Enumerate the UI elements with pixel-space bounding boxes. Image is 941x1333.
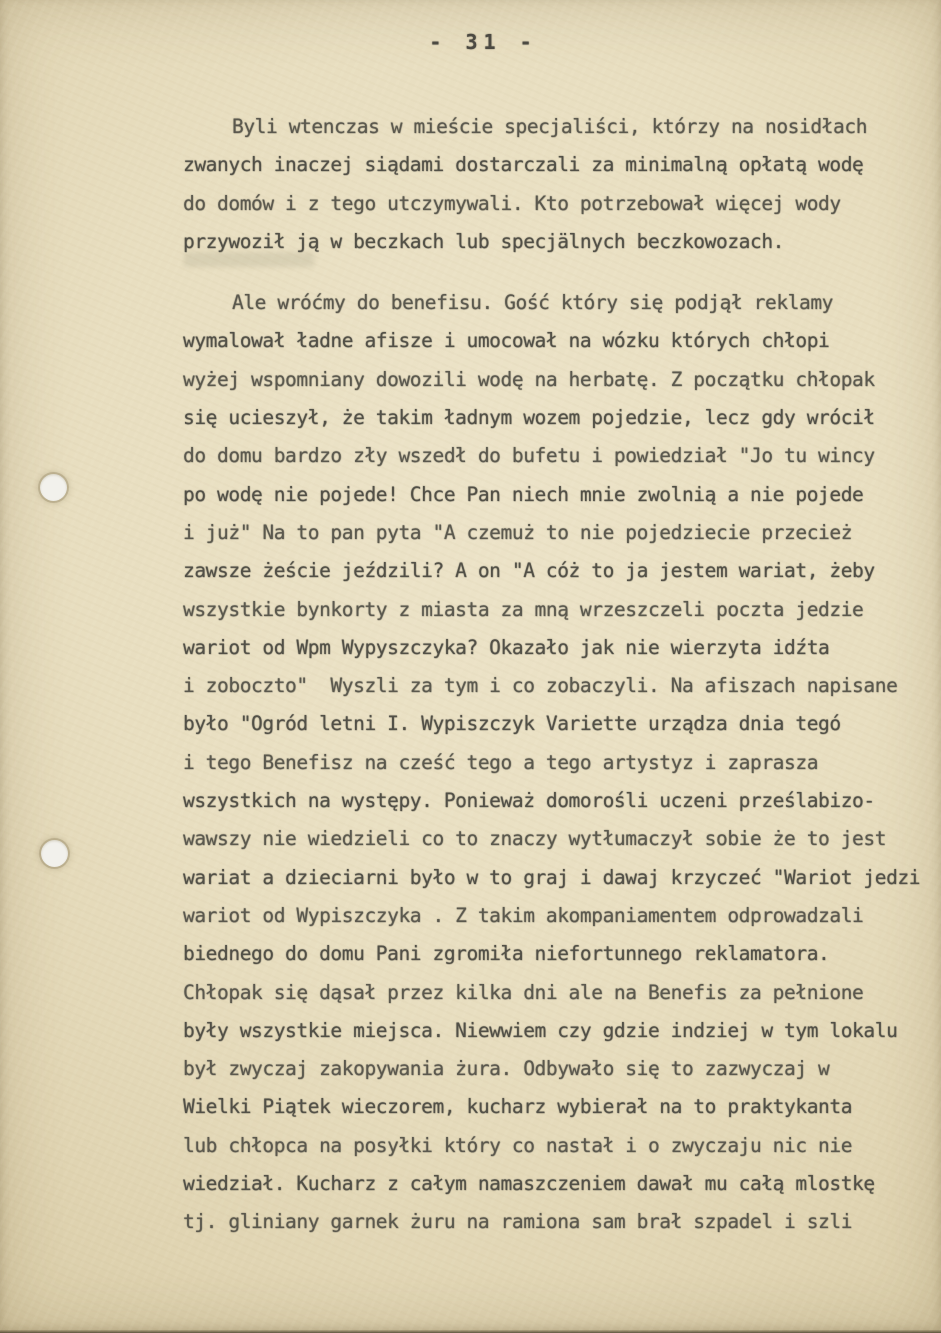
text-line: był zwyczaj zakopywania żura. Odbywało s… [183,1050,941,1088]
page-number: - 31 - [13,30,941,54]
text-line: tj. gliniany garnek żuru na ramiona sam … [183,1203,941,1241]
paragraph: Ale wróćmy do benefisu. Gość który się p… [183,284,941,1241]
text-line: zwanych inaczej siądami dostarczali za m… [183,146,941,184]
text-line: wariat a dzieciarni było w to graj i daw… [183,859,941,897]
text-line: i już" Na to pan pyta "A czemuż to nie p… [183,514,941,552]
text-line: lub chłopca na posyłki który co nastał i… [183,1127,941,1165]
text-line: były wszystkie miejsca. Niewwiem czy gdz… [183,1012,941,1050]
text-line: wszystkich na występy. Ponieważ domorośl… [183,782,941,820]
text-line: wymalował ładne afisze i umocował na wóz… [183,322,941,360]
text-line: wariot od Wpm Wypyszczyka? Okazało jak n… [183,629,941,667]
hole-punch-bottom-icon [41,840,68,867]
text-line: Byli wtenczas w mieście specjaliści, któ… [183,108,941,146]
text-line: Chłopak się dąsał przez kilka dni ale na… [183,974,941,1012]
text-line: Ale wróćmy do benefisu. Gość który się p… [183,284,941,322]
text-line: po wodę nie pojede! Chce Pan niech mnie … [183,476,941,514]
text-line: biednego do domu Pani zgromiła niefortun… [183,935,941,973]
text-line: się ucieszył, że takim ładnym wozem poje… [183,399,941,437]
text-line: wariot od Wypiszczyka . Z takim akompani… [183,897,941,935]
text-line: i tego Benefisz na cześć tego a tego art… [183,744,941,782]
text-line: wyżej wspomniany dowozili wodę na herbat… [183,361,941,399]
document-body: Byli wtenczas w mieście specjaliści, któ… [183,108,941,1242]
text-line: Wielki Piątek wieczorem, kucharz wybiera… [183,1088,941,1126]
paragraph: Byli wtenczas w mieście specjaliści, któ… [183,108,941,261]
text-line: wszystkie bynkorty z miasta za mną wrzes… [183,591,941,629]
erased-text-smudge [184,252,314,267]
text-line: zawsze żeście jeździli? A on "A cóż to j… [183,552,941,590]
text-line: do domów i z tego utczymywali. Kto potrz… [183,185,941,223]
text-line: i zoboczto" Wyszli za tym i co zobaczyli… [183,667,941,705]
text-line: wiedział. Kucharz z całym namaszczeniem … [183,1165,941,1203]
text-line: do domu bardzo zły wszedł do bufetu i po… [183,437,941,475]
text-line: było "Ogród letni I. Wypiszczyk Variette… [183,705,941,743]
text-line: wawszy nie wiedzieli co to znaczy wytłum… [183,820,941,858]
hole-punch-top-icon [40,474,67,501]
scanned-page: - 31 - Byli wtenczas w mieście specjaliś… [0,0,941,1333]
